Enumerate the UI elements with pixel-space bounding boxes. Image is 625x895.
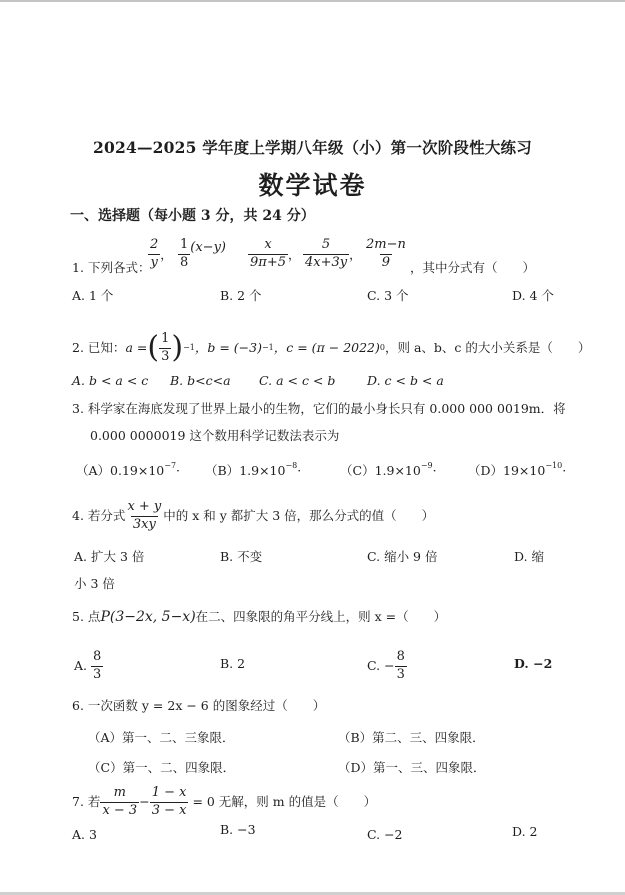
q1-expr-2: 18(x−y) [178, 238, 226, 271]
q5-option-c: C. − 83 [367, 650, 407, 683]
q6-option-b: （B）第二、三、四象限． [338, 732, 485, 745]
exam-header-title: 2024—2025 学年度上学期八年级（小）第一次阶段性大练习 [0, 136, 625, 158]
section-heading: 一、选择题（每小题 3 分，共 24 分） [70, 205, 315, 225]
q2-option-b: B. b<c<a [170, 375, 231, 388]
q3-option-b: （B）1.9×10−8· [205, 462, 301, 478]
q1-option-b: B. 2 个 [220, 290, 262, 303]
q1-expr-5: 2m−n9 [364, 238, 408, 271]
q7-stem: 7. 若 mx − 3 − 1 − x3 − x = 0 无解，则 m 的值是（… [72, 786, 376, 819]
q4-option-a: A. 扩大 3 倍 [74, 551, 144, 564]
q7-option-d: D. 2 [512, 826, 537, 839]
q1-option-d: D. 4 个 [512, 290, 554, 303]
q3-option-d: （D）19×10−10· [468, 462, 566, 478]
q6-option-d: （D）第一、三、四象限． [338, 762, 486, 775]
q4-option-b: B. 不变 [220, 551, 262, 564]
q1-expr-3: x9π+5， [248, 238, 301, 271]
q4-stem: 4. 若分式 x + y3xy 中的 x 和 y 都扩大 3 倍，那么分式的值（… [72, 500, 434, 533]
q1-option-c: C. 3 个 [367, 290, 409, 303]
q1-stem-suffix: ，其中分式有（ ） [410, 262, 535, 275]
q6-option-c: （C）第一、二、四象限． [88, 762, 235, 775]
q2-option-c: C. a < c < b [259, 375, 335, 388]
q6-option-a: （A）第一、二、三象限． [88, 732, 235, 745]
q1-expr-1: 2y， [148, 238, 173, 271]
q7-option-c: C. −2 [367, 829, 403, 842]
q1-expr-4: 54x+3y， [303, 238, 362, 271]
q7-option-a: A. 3 [72, 829, 97, 842]
q2-option-a: A. b < a < c [72, 375, 148, 388]
q1-number: 1. [72, 262, 84, 275]
q5-option-a: A. 83 [74, 650, 103, 683]
exam-subject-title: 数学试卷 [0, 166, 625, 202]
q3-option-a: （A）0.19×10−7· [76, 462, 180, 478]
page-top-border [0, 0, 625, 2]
q4-option-c: C. 缩小 9 倍 [367, 551, 437, 564]
q3-option-c: （C）1.9×10−9· [340, 462, 437, 478]
q3-line2: 0.000 0000019 这个数用科学记数法表示为 [90, 430, 339, 443]
q4-option-d-wrap: 小 3 倍 [74, 578, 115, 591]
q1-option-a: A. 1 个 [72, 290, 113, 303]
q4-option-d: D. 缩 [514, 551, 544, 564]
q5-stem: 5. 点 P(3−2x, 5−x) 在二、四象限的角平分线上，则 x =（ ） [72, 610, 446, 624]
q5-option-d: D. −2 [514, 658, 552, 671]
q2-option-d: D. c < b < a [367, 375, 444, 388]
q3-line1: 3. 科学家在海底发现了世界上最小的生物，它们的最小身长只有 0.000 000… [72, 403, 566, 416]
q1-stem-prefix: 下列各式： [88, 262, 151, 275]
q7-option-b: B. −3 [220, 824, 256, 837]
q5-option-b: B. 2 [220, 658, 245, 671]
q6-stem: 6. 一次函数 y = 2x − 6 的图象经过（ ） [72, 700, 325, 713]
q2-stem: 2. 已知： a = ( 13 )−1 ，b = (−3)−1 ，c = (π … [72, 332, 590, 365]
